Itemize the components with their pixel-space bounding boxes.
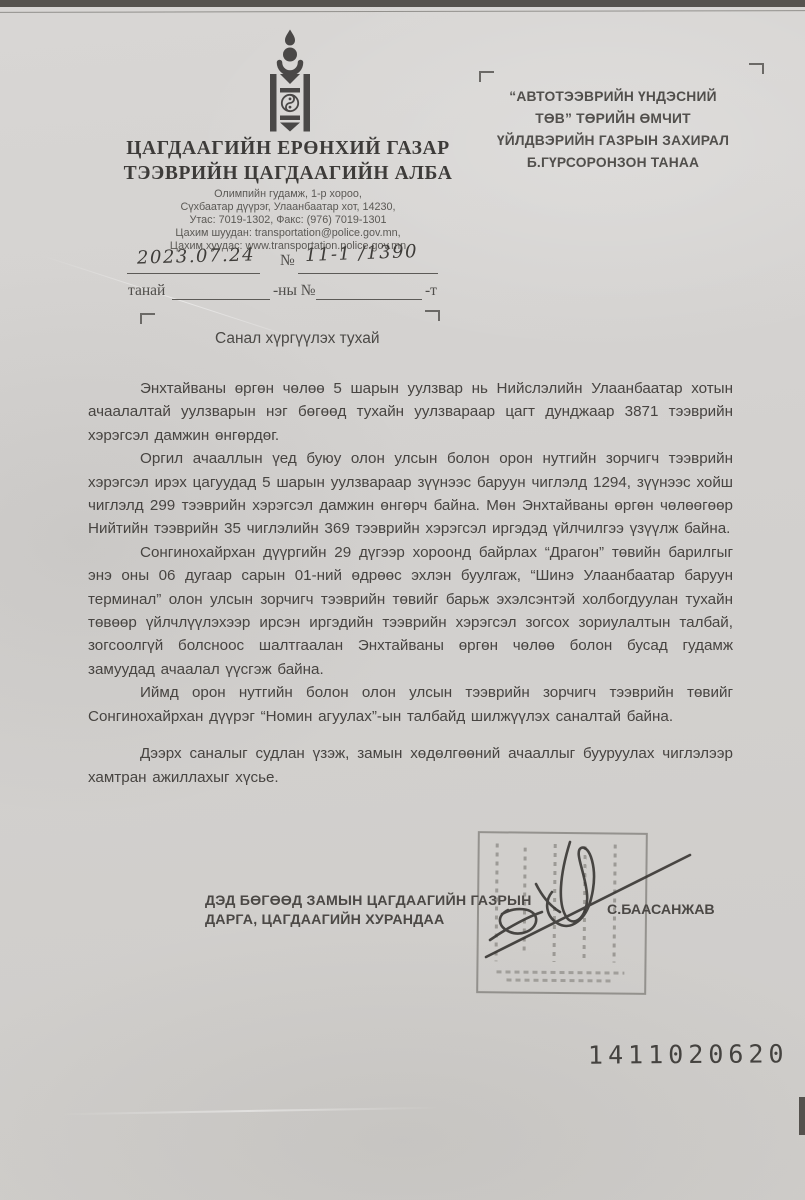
corner-mark-left: [140, 313, 155, 324]
org-name-line1: ЦАГДААГИЙН ЕРӨНХИЙ ГАЗАР: [78, 136, 498, 161]
scanned-letter-photo: { "photo": { "paper_color": "#d5d3d1", "…: [0, 0, 805, 1200]
body-paragraph: Иймд орон нутгийн болон олон улсын тээвр…: [88, 681, 733, 728]
corner-mark-left: [479, 71, 494, 82]
handwritten-number: 11-1 /1390: [305, 241, 419, 266]
photo-edge-line: [0, 10, 805, 13]
org-name-line2: ТЭЭВРИЙН ЦАГДААГИЙН АЛБА: [78, 161, 498, 186]
registration-number-stamp: 1411020620: [588, 1039, 789, 1069]
letterhead-address: Олимпийн гудамж, 1-р хороо, Сүхбаатар дү…: [78, 188, 498, 253]
address-line: Утас: 7019-1302, Факс: (976) 7019-1301: [78, 214, 498, 227]
photo-edge-top: [0, 0, 805, 7]
body-paragraph: Оргил ачааллын үед буюу олон улсын болон…: [88, 447, 733, 541]
your-ref-suffix: -т: [425, 282, 437, 300]
recipient-line: “АВТОТЭЭВРИЙН ҮНДЭСНИЙ: [452, 86, 774, 108]
address-line: Цахим шуудан: transportation@police.gov.…: [78, 227, 498, 240]
recipient-line: ТӨВ” ТӨРИЙН ӨМЧИТ: [452, 108, 774, 130]
paper-crease: [60, 1107, 440, 1116]
your-ref-blank1: [172, 282, 270, 300]
recipient-block: “АВТОТЭЭВРИЙН ҮНДЭСНИЙ ТӨВ” ТӨРИЙН ӨМЧИТ…: [452, 86, 774, 174]
body-paragraph: Энхтайваны өргөн чөлөө 5 шарын уулзвар н…: [88, 377, 733, 447]
signer-name: С.БААСАНЖАВ: [607, 902, 715, 918]
photo-edge-right: [799, 1097, 805, 1135]
body-paragraph: Дээрх саналыг судлан үзэж, замын хөдөлгө…: [88, 742, 733, 789]
subject-line: Санал хүргүүлэх тухай: [215, 330, 380, 348]
signer-title: ДЭД БӨГӨӨД ЗАМЫН ЦАГДААГИЙН ГАЗРЫН ДАРГА…: [205, 892, 565, 930]
handwritten-date: 2023.07.24: [137, 244, 256, 268]
address-line: Сүхбаатар дүүрэг, Улаанбаатар хот, 14230…: [78, 201, 498, 214]
stamp-text-row: [506, 978, 614, 982]
letterhead: ЦАГДААГИЙН ЕРӨНХИЙ ГАЗАР ТЭЭВРИЙН ЦАГДАА…: [78, 136, 498, 186]
recipient-line: Б.ГҮРСОРОНЗОН ТАНАА: [452, 152, 774, 174]
signer-title-line2: ДАРГА, ЦАГДААГИЙН ХУРАНДАА: [205, 911, 565, 930]
address-line: Олимпийн гудамж, 1-р хороо,: [78, 188, 498, 201]
corner-mark-right: [425, 310, 440, 321]
recipient-line: ҮЙЛДВЭРИЙН ГАЗРЫН ЗАХИРАЛ: [452, 130, 774, 152]
corner-mark-right: [749, 63, 764, 74]
your-ref-middle: -ны №: [273, 282, 316, 300]
your-ref-prefix: танай: [128, 282, 165, 300]
number-sign-label: №: [280, 252, 295, 270]
signer-title-line1: ДЭД БӨГӨӨД ЗАМЫН ЦАГДААГИЙН ГАЗРЫН: [205, 892, 565, 911]
soyombo-emblem-icon: [268, 28, 312, 132]
your-ref-blank2: [316, 282, 422, 300]
letter-body: Энхтайваны өргөн чөлөө 5 шарын уулзвар н…: [88, 377, 733, 789]
body-paragraph: Сонгинохайрхан дүүргийн 29 дүгээр хороон…: [88, 541, 733, 681]
